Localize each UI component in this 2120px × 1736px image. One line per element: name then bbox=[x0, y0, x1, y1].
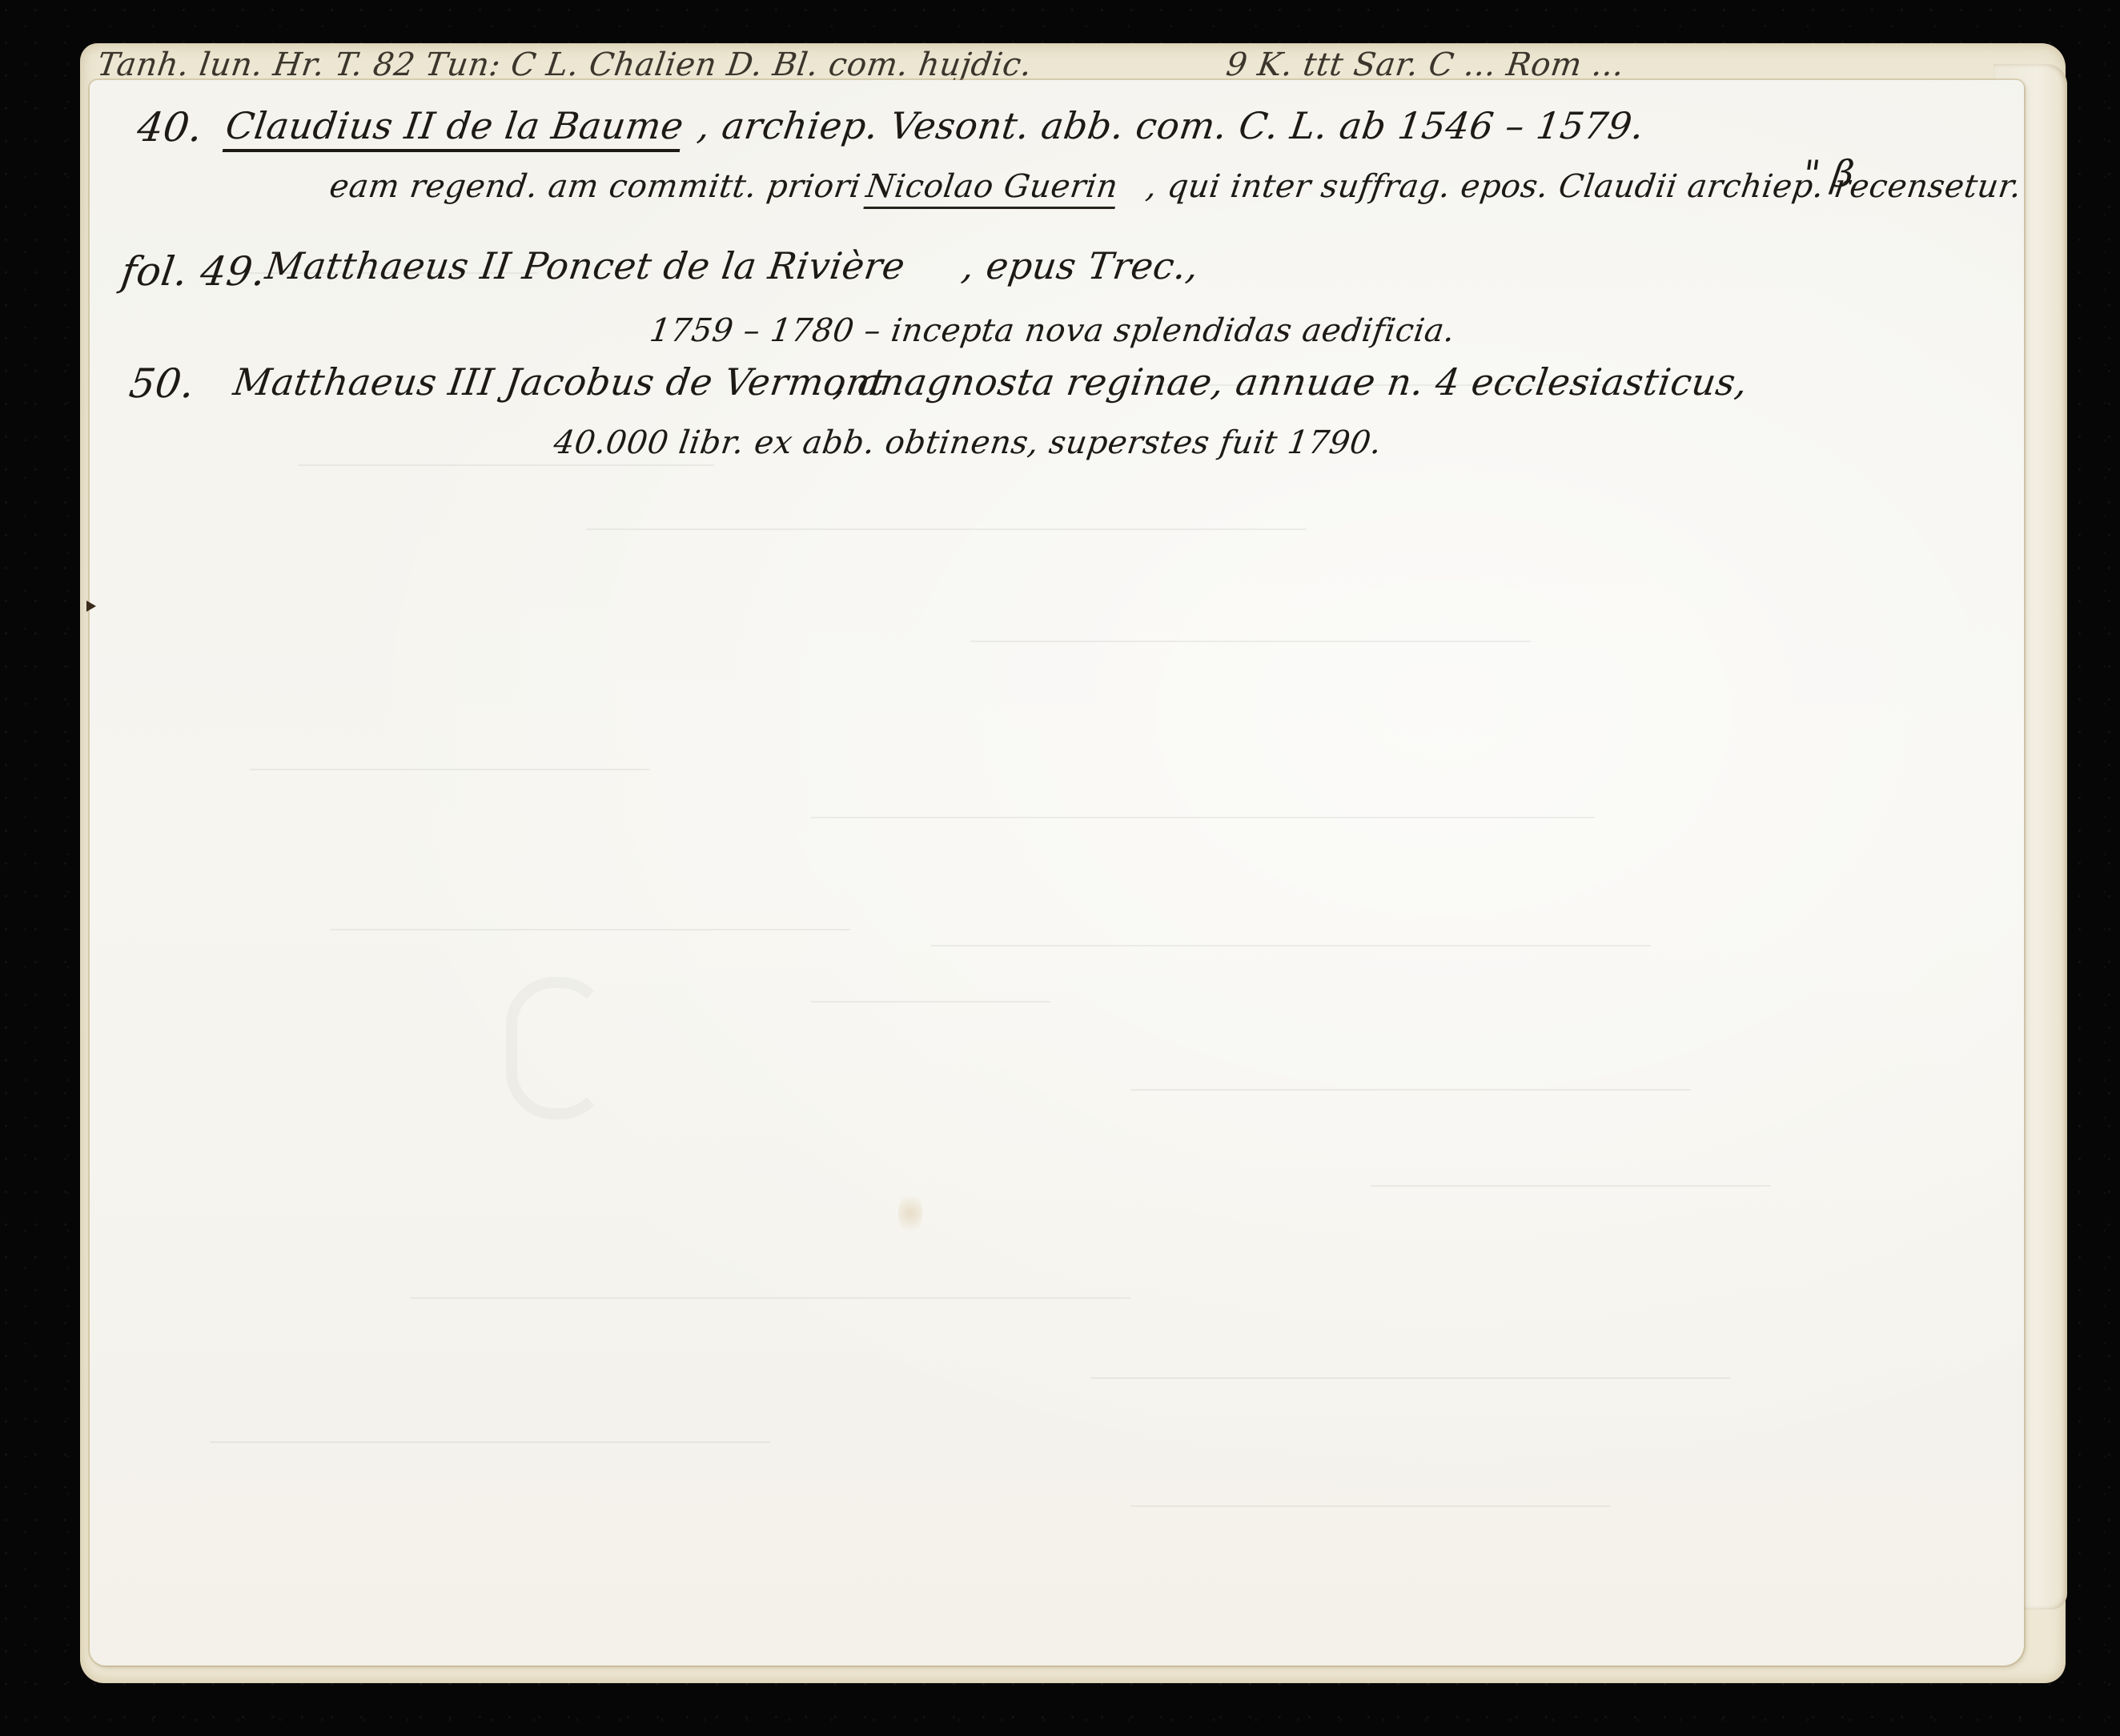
top-strip-left-text: Tanh. lun. Hr. T. 82 Tun: C L. Chalien D… bbox=[95, 46, 1034, 82]
entry-line1-rest: , anagnosta reginae, annuae n. 4 ecclesi… bbox=[831, 360, 1750, 404]
entry-name: Matthaeus III Jacobus de Vermont bbox=[231, 360, 889, 404]
top-strip-right-text: 9 K. ttt Sar. C ... Rom ... bbox=[1224, 46, 1627, 82]
margin-mark bbox=[86, 601, 96, 612]
entry-line2-name: Nicolao Guerin bbox=[863, 168, 1120, 209]
entry-line1-rest: , archiep. Vesont. abb. com. C. L. ab 15… bbox=[695, 104, 1647, 147]
entry-number: 40. bbox=[135, 104, 206, 151]
entry-name: Claudius II de la Baume bbox=[223, 104, 687, 152]
entry-line2-post: , qui inter suffrag. epos. Claudii archi… bbox=[1144, 168, 2024, 205]
previous-leaf-strip: Tanh. lun. Hr. T. 82 Tun: C L. Chalien D… bbox=[90, 46, 2027, 82]
entry-line1-rest: , epus Trec., bbox=[959, 244, 1202, 287]
entry-line2: 1759 – 1780 – incepta nova splendidas ae… bbox=[648, 312, 1458, 349]
entry-name: Matthaeus II Poncet de la Rivière bbox=[263, 244, 908, 287]
note-mark: " β bbox=[1800, 152, 1857, 195]
entry-number: 50. bbox=[126, 360, 198, 407]
entry-line2: 40.000 libr. ex abb. obtinens, superstes… bbox=[552, 424, 1384, 461]
entry-number: fol. 49. bbox=[118, 248, 269, 295]
foxing-stain bbox=[898, 1189, 922, 1237]
entry-line2-pre: eam regend. am committ. priori bbox=[327, 168, 863, 205]
manuscript-page: 40. Claudius II de la Baume , archiep. V… bbox=[90, 80, 2024, 1666]
ghost-letter-mark bbox=[506, 977, 608, 1119]
